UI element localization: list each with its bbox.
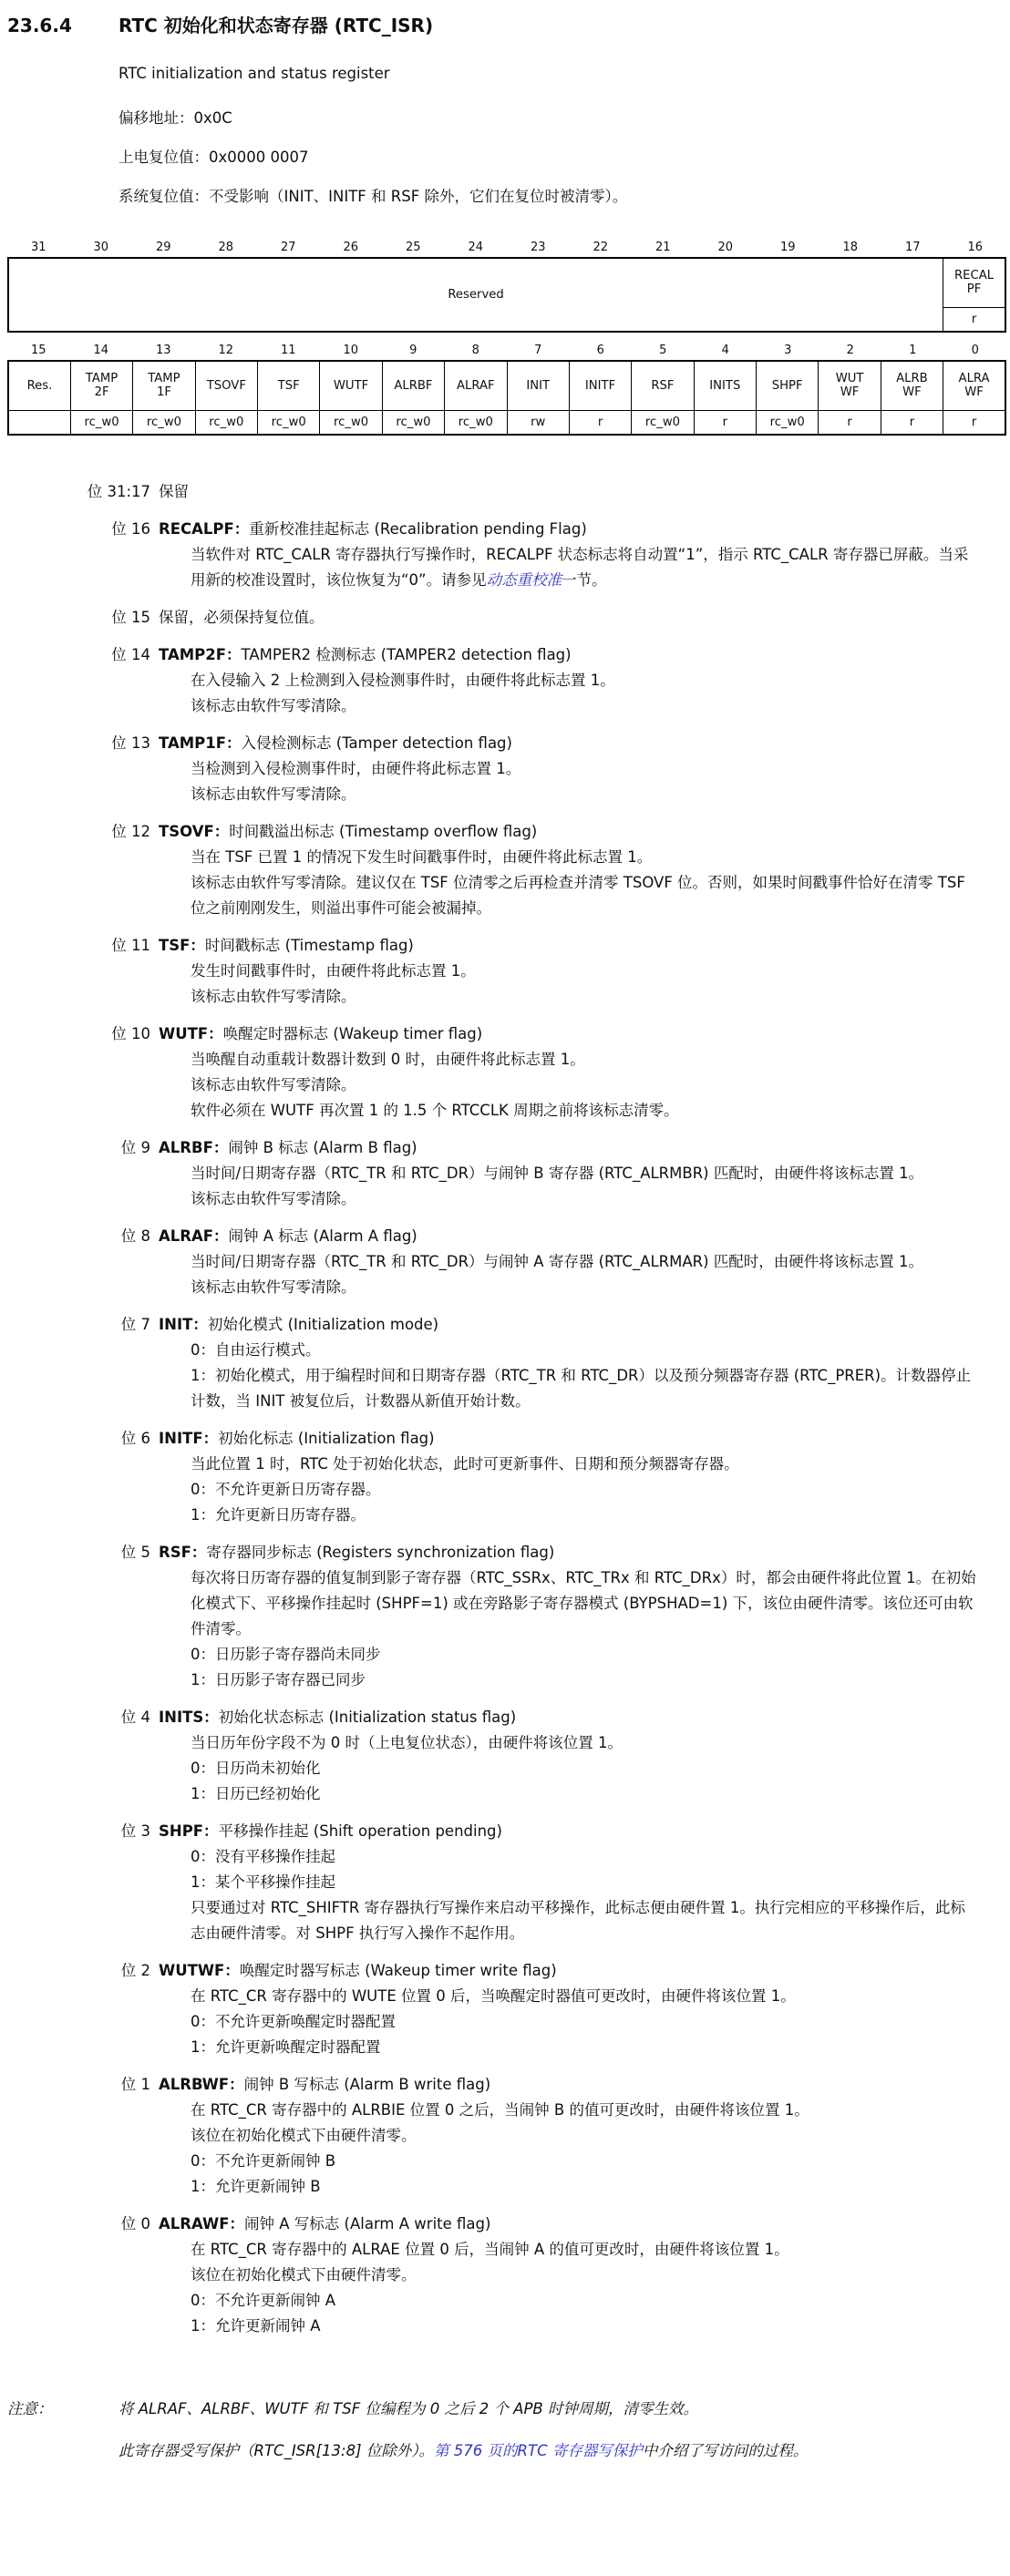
bit-title-text: 初始化模式 (Initialization mode) <box>208 1316 438 1333</box>
text-segment: 此寄存器受写保护（RTC_ISR[13:8] 位除外）。 <box>119 2442 434 2459</box>
text-segment: 该标志由软件写零清除。 <box>191 1278 356 1296</box>
text-segment: 当此位置 1 时，RTC 处于初始化状态，此时可更新事件、日期和预分频器寄存器。 <box>191 1455 739 1473</box>
bit-field-name: ALRAWF： <box>159 2215 244 2232</box>
page-container: 23.6.4 RTC 初始化和状态寄存器 (RTC_ISR) RTC initi… <box>0 0 1010 2507</box>
bit-number: 29 <box>132 241 195 254</box>
bit-paragraph: 当唤醒自动重载计数器计数到 0 时，由硬件将此标志置 1。 <box>191 1047 976 1072</box>
bit-paragraph: 0：不允许更新闹钟 B <box>191 2149 976 2174</box>
bit-description-content: TSF：时间戳标志 (Timestamp flag)发生时间戳事件时，由硬件将此… <box>159 933 984 1010</box>
bit-range-label: 位 8 <box>7 1224 159 1300</box>
field-name: INITS <box>694 361 756 410</box>
field-name: ALRAF <box>445 361 507 410</box>
bit-description-content: INIT：初始化模式 (Initialization mode)0：自由运行模式… <box>159 1312 984 1414</box>
bit-number: 9 <box>382 344 445 357</box>
bit-description: 位 1ALRBWF：闹钟 B 写标志 (Alarm B write flag)在… <box>7 2072 1005 2200</box>
bit-description: 位 4INITS：初始化状态标志 (Initialization status … <box>7 1705 1005 1807</box>
bit-title-text: 闹钟 B 写标志 (Alarm B write flag) <box>244 2076 491 2093</box>
note-paragraph: 此寄存器受写保护（RTC_ISR[13:8] 位除外）。第 576 页的RTC … <box>119 2437 975 2464</box>
bit-description: 位 0ALRAWF：闹钟 A 写标志 (Alarm A write flag)在… <box>7 2212 1005 2339</box>
bit-title-line: ALRBWF：闹钟 B 写标志 (Alarm B write flag) <box>159 2072 984 2098</box>
low-register-table: Res.TAMP 2FTAMP 1FTSOVFTSFWUTFALRBFALRAF… <box>7 360 1006 436</box>
bit-description-content: TAMP1F：入侵检测标志 (Tamper detection flag)当检测… <box>159 731 984 807</box>
bit-description: 位 3SHPF：平移操作挂起 (Shift operation pending)… <box>7 1819 1005 1946</box>
bit-paragraph: 0：日历尚未初始化 <box>191 1756 976 1781</box>
bit-field-name: ALRAF： <box>159 1227 229 1245</box>
bit-paragraph: 1：允许更新闹钟 A <box>191 2314 976 2339</box>
bit-paragraph: 1：初始化模式，用于编程时间和日期寄存器（RTC_TR 和 RTC_DR）以及预… <box>191 1363 976 1414</box>
text-segment: 0：不允许更新唤醒定时器配置 <box>191 2013 396 2030</box>
bit-number: 30 <box>70 241 133 254</box>
bit-number: 2 <box>819 344 882 357</box>
bit-description-content: ALRBF：闹钟 B 标志 (Alarm B flag)当时间/日期寄存器（RT… <box>159 1135 984 1212</box>
bit-paragraph: 0：不允许更新唤醒定时器配置 <box>191 2009 976 2035</box>
bit-range-label: 位 0 <box>7 2212 159 2339</box>
bit-title-line: 保留，必须保持复位值。 <box>159 605 984 631</box>
bit-description-content: TAMP2F：TAMPER2 检测标志 (TAMPER2 detection f… <box>159 642 984 719</box>
bit-field-name: RSF： <box>159 1544 206 1561</box>
field-access: rc_w0 <box>320 410 382 435</box>
bit-field-name: INITF： <box>159 1430 218 1447</box>
bit-description-content: INITF：初始化标志 (Initialization flag)当此位置 1 … <box>159 1426 984 1528</box>
section-number: 23.6.4 <box>7 15 119 36</box>
bit-range-label: 位 1 <box>7 2072 159 2200</box>
bit-range-label: 位 11 <box>7 933 159 1010</box>
bit-title-line: RECALPF：重新校准挂起标志 (Recalibration pending … <box>159 517 984 542</box>
field-name: RSF <box>632 361 694 410</box>
bit-number: 1 <box>881 344 944 357</box>
bit-number: 13 <box>132 344 195 357</box>
bit-title-line: INITS：初始化状态标志 (Initialization status fla… <box>159 1705 984 1730</box>
text-segment: 1：日历已经初始化 <box>191 1785 321 1802</box>
system-reset-label: 系统复位值： <box>119 188 209 205</box>
bit-description-content: WUTWF：唤醒定时器写标志 (Wakeup timer write flag)… <box>159 1958 984 2060</box>
text-segment: 1：允许更新日历寄存器。 <box>191 1506 366 1524</box>
text-segment: 当在 TSF 已置 1 的情况下发生时间戳事件时，由硬件将此标志置 1。 <box>191 848 652 866</box>
power-on-reset-line: 上电复位值：0x0000 0007 <box>119 145 1005 167</box>
bit-description-content: RECALPF：重新校准挂起标志 (Recalibration pending … <box>159 517 984 593</box>
text-segment: 当日历年份字段不为 0 时（上电复位状态），由硬件将该位置 1。 <box>191 1734 623 1751</box>
bit-paragraph: 该标志由软件写零清除。 <box>191 1072 976 1098</box>
text-segment: 0：日历尚未初始化 <box>191 1760 321 1777</box>
bit-paragraph: 1：允许更新日历寄存器。 <box>191 1503 976 1528</box>
bit-description-content: WUTF：唤醒定时器标志 (Wakeup timer flag)当唤醒自动重载计… <box>159 1021 984 1124</box>
bit-paragraph: 该标志由软件写零清除。 <box>191 693 976 719</box>
cross-reference-link[interactable]: 第 576 页的RTC 寄存器写保护 <box>434 2442 643 2459</box>
offset-address-value: 0x0C <box>194 109 232 127</box>
text-segment: 软件必须在 WUTF 再次置 1 的 1.5 个 RTCCLK 周期之前将该标志… <box>191 1102 679 1119</box>
bit-title-text: 时间戳溢出标志 (Timestamp overflow flag) <box>229 823 537 840</box>
field-access: r <box>694 410 756 435</box>
bit-description: 位 8ALRAF：闹钟 A 标志 (Alarm A flag)当时间/日期寄存器… <box>7 1224 1005 1300</box>
text-segment: 0：不允许更新闹钟 B <box>191 2152 335 2170</box>
bit-description: 位 6INITF：初始化标志 (Initialization flag)当此位置… <box>7 1426 1005 1528</box>
bit-description-content: ALRAF：闹钟 A 标志 (Alarm A flag)当时间/日期寄存器（RT… <box>159 1224 984 1300</box>
bit-field-name: TAMP1F： <box>159 734 242 752</box>
field-access: rc_w0 <box>70 410 132 435</box>
bit-number: 20 <box>695 241 757 254</box>
bit-paragraph: 该位在初始化模式下由硬件清零。 <box>191 2263 976 2288</box>
bit-paragraph: 0：没有平移操作挂起 <box>191 1844 976 1870</box>
bit-description-content: ALRAWF：闹钟 A 写标志 (Alarm A write flag)在 RT… <box>159 2212 984 2339</box>
note-body: 将 ALRAF、ALRBF、WUTF 和 TSF 位编程为 0 之后 2 个 A… <box>119 2396 975 2479</box>
bit-title-text: TAMPER2 检测标志 (TAMPER2 detection flag) <box>242 646 572 663</box>
text-segment: 在 RTC_CR 寄存器中的 WUTE 位置 0 后，当唤醒定时器值可更改时，由… <box>191 1987 796 2005</box>
bit-paragraph: 发生时间戳事件时，由硬件将此标志置 1。 <box>191 959 976 984</box>
bit-paragraph: 在 RTC_CR 寄存器中的 ALRAE 位置 0 后，当闹钟 A 的值可更改时… <box>191 2237 976 2263</box>
bit-description: 位 2WUTWF：唤醒定时器写标志 (Wakeup timer write fl… <box>7 1958 1005 2060</box>
page-title: RTC 初始化和状态寄存器 (RTC_ISR) <box>119 11 433 37</box>
field-access: rc_w0 <box>133 410 195 435</box>
register-bit-tables: 31302928272625242322212019181716 Reserve… <box>7 241 1005 436</box>
bit-paragraph: 该标志由软件写零清除。 <box>191 1186 976 1212</box>
text-segment: 中介绍了写访问的过程。 <box>643 2442 809 2459</box>
text-segment: 在入侵输入 2 上检测到入侵检测事件时，由硬件将此标志置 1。 <box>191 672 615 689</box>
bit-description: 位 9ALRBF：闹钟 B 标志 (Alarm B flag)当时间/日期寄存器… <box>7 1135 1005 1212</box>
bit-title-text: 唤醒定时器写标志 (Wakeup timer write flag) <box>240 1962 557 1979</box>
bit-paragraph: 0：不允许更新日历寄存器。 <box>191 1477 976 1503</box>
text-segment: 该标志由软件写零清除。 <box>191 1076 356 1093</box>
bit-title-line: TAMP1F：入侵检测标志 (Tamper detection flag) <box>159 731 984 756</box>
bit-description: 位 15保留，必须保持复位值。 <box>7 605 1005 631</box>
bit-paragraph: 该标志由软件写零清除。 <box>191 984 976 1010</box>
bit-title-line: WUTF：唤醒定时器标志 (Wakeup timer flag) <box>159 1021 984 1047</box>
bit-title-line: INITF：初始化标志 (Initialization flag) <box>159 1426 984 1452</box>
bit-range-label: 位 15 <box>7 605 159 631</box>
bit-number: 7 <box>507 344 570 357</box>
field-name: SHPF <box>757 361 819 410</box>
bit-description-content: SHPF：平移操作挂起 (Shift operation pending)0：没… <box>159 1819 984 1946</box>
bit-title-line: INIT：初始化模式 (Initialization mode) <box>159 1312 984 1338</box>
bit-title-text: 闹钟 B 标志 (Alarm B flag) <box>228 1139 417 1156</box>
bit-number: 11 <box>257 344 320 357</box>
bit-paragraph: 该标志由软件写零清除。建议仅在 TSF 位清零之后再检查并清零 TSOVF 位。… <box>191 870 976 921</box>
field-access <box>8 410 70 435</box>
bit-range-label: 位 5 <box>7 1540 159 1693</box>
field-name: TAMP 1F <box>133 361 195 410</box>
bit-number: 24 <box>445 241 508 254</box>
text-segment: 发生时间戳事件时，由硬件将此标志置 1。 <box>191 962 476 980</box>
bit-paragraph: 该标志由软件写零清除。 <box>191 1275 976 1300</box>
bit-field-name: ALRBF： <box>159 1139 228 1156</box>
text-segment: 每次将日历寄存器的值复制到影子寄存器（RTC_SSRx、RTC_TRx 和 RT… <box>191 1569 976 1637</box>
bit-field-name: INIT： <box>159 1316 208 1333</box>
bit-description-content: 保留 <box>159 479 984 505</box>
field-name: TAMP 2F <box>70 361 132 410</box>
text-segment: 该标志由软件写零清除。 <box>191 1190 356 1207</box>
bit-number: 27 <box>257 241 320 254</box>
bit-title-line: SHPF：平移操作挂起 (Shift operation pending) <box>159 1819 984 1844</box>
text-segment: 将 ALRAF、ALRBF、WUTF 和 TSF 位编程为 0 之后 2 个 A… <box>119 2400 698 2417</box>
bit-description: 位 10WUTF：唤醒定时器标志 (Wakeup timer flag)当唤醒自… <box>7 1021 1005 1124</box>
bit-title-line: ALRAF：闹钟 A 标志 (Alarm A flag) <box>159 1224 984 1249</box>
bit-paragraph: 0：不允许更新闹钟 A <box>191 2288 976 2314</box>
bit-paragraph: 在 RTC_CR 寄存器中的 ALRBIE 位置 0 之后，当闹钟 B 的值可更… <box>191 2098 976 2123</box>
bit-title-line: TAMP2F：TAMPER2 检测标志 (TAMPER2 detection f… <box>159 642 984 668</box>
field-name: TSF <box>258 361 320 410</box>
text-segment: 1：允许更新闹钟 B <box>191 2178 321 2195</box>
field-name: WUT WF <box>819 361 881 410</box>
bit-number: 3 <box>757 344 819 357</box>
bit-range-label: 位 6 <box>7 1426 159 1528</box>
cross-reference-link[interactable]: 动态重校准 <box>487 571 562 589</box>
bit-range-label: 位 31:17 <box>7 479 159 505</box>
bit-title-text: 平移操作挂起 (Shift operation pending) <box>219 1822 502 1840</box>
text-segment: 在 RTC_CR 寄存器中的 ALRBIE 位置 0 之后，当闹钟 B 的值可更… <box>191 2101 809 2119</box>
bit-field-name: RECALPF： <box>159 520 249 538</box>
bit-range-label: 位 16 <box>7 517 159 593</box>
bit-description: 位 13TAMP1F：入侵检测标志 (Tamper detection flag… <box>7 731 1005 807</box>
field-access: r <box>881 410 943 435</box>
low-bit-numbers: 1514131211109876543210 <box>7 344 1006 357</box>
field-access: rc_w0 <box>258 410 320 435</box>
text-segment: 该标志由软件写零清除。建议仅在 TSF 位清零之后再检查并清零 TSOVF 位。… <box>191 874 965 917</box>
bit-number: 26 <box>320 241 383 254</box>
bit-field-name: SHPF： <box>159 1822 219 1840</box>
bit-paragraph: 当检测到入侵检测事件时，由硬件将此标志置 1。 <box>191 756 976 782</box>
bit-number: 19 <box>757 241 819 254</box>
bit-number: 15 <box>7 344 70 357</box>
field-access: r <box>569 410 631 435</box>
bit-number: 12 <box>195 344 258 357</box>
bit-range-label: 位 2 <box>7 1958 159 2060</box>
bit-number: 18 <box>819 241 882 254</box>
field-access: rc_w0 <box>757 410 819 435</box>
bit-title-text: 保留，必须保持复位值。 <box>159 609 325 626</box>
bit-description: 位 14TAMP2F：TAMPER2 检测标志 (TAMPER2 detecti… <box>7 642 1005 719</box>
text-segment: 一节。 <box>562 571 607 589</box>
bit-paragraph: 只要通过对 RTC_SHIFTR 寄存器执行写操作来启动平移操作，此标志便由硬件… <box>191 1895 976 1946</box>
field-name: ALRA WF <box>943 361 1005 410</box>
bit-paragraph: 0：自由运行模式。 <box>191 1338 976 1363</box>
bit-range-label: 位 10 <box>7 1021 159 1124</box>
text-segment: 1：初始化模式，用于编程时间和日期寄存器（RTC_TR 和 RTC_DR）以及预… <box>191 1367 971 1410</box>
text-segment: 0：自由运行模式。 <box>191 1341 321 1359</box>
field-access: rc_w0 <box>382 410 444 435</box>
bit-number: 31 <box>7 241 70 254</box>
power-on-reset-value: 0x0000 0007 <box>209 149 309 166</box>
text-segment: 0：没有平移操作挂起 <box>191 1848 335 1865</box>
reserved-field: Reserved <box>8 258 943 332</box>
bit-description-content: 保留，必须保持复位值。 <box>159 605 984 631</box>
bit-field-name: TSOVF： <box>159 823 229 840</box>
text-segment: 0：不允许更新日历寄存器。 <box>191 1481 381 1498</box>
bit-number: 25 <box>382 241 445 254</box>
text-segment: 该标志由软件写零清除。 <box>191 785 356 803</box>
offset-address-line: 偏移地址：0x0C <box>119 106 1005 128</box>
bit-number: 14 <box>70 344 133 357</box>
bit-field-name: WUTF： <box>159 1025 223 1042</box>
register-subtitle: RTC initialization and status register <box>119 65 1005 82</box>
text-segment: 0：不允许更新闹钟 A <box>191 2292 335 2309</box>
bit-title-line: TSOVF：时间戳溢出标志 (Timestamp overflow flag) <box>159 819 984 845</box>
bit-number: 4 <box>695 344 757 357</box>
text-segment: 该标志由软件写零清除。 <box>191 697 356 714</box>
bit-range-label: 位 14 <box>7 642 159 719</box>
text-segment: 0：日历影子寄存器尚未同步 <box>191 1646 381 1663</box>
bit-paragraph: 0：日历影子寄存器尚未同步 <box>191 1642 976 1668</box>
bit-paragraph: 当此位置 1 时，RTC 处于初始化状态，此时可更新事件、日期和预分频器寄存器。 <box>191 1452 976 1477</box>
bit-paragraph: 该标志由软件写零清除。 <box>191 782 976 807</box>
bit-description-list: 位 31:17保留位 16RECALPF：重新校准挂起标志 (Recalibra… <box>7 479 1005 2339</box>
bit-number: 16 <box>944 241 1007 254</box>
bit-number: 28 <box>195 241 258 254</box>
bit-paragraph: 1：允许更新闹钟 B <box>191 2174 976 2200</box>
text-segment: 当唤醒自动重载计数器计数到 0 时，由硬件将此标志置 1。 <box>191 1051 585 1068</box>
note-label: 注意： <box>7 2396 119 2479</box>
bit-field-name: TAMP2F： <box>159 646 242 663</box>
bit-title-line: WUTWF：唤醒定时器写标志 (Wakeup timer write flag) <box>159 1958 984 1984</box>
bit-title-text: 唤醒定时器标志 (Wakeup timer flag) <box>223 1025 483 1042</box>
high-bit-numbers: 31302928272625242322212019181716 <box>7 241 1006 254</box>
bit-range-label: 位 9 <box>7 1135 159 1212</box>
bit-number: 0 <box>944 344 1007 357</box>
bit-title-text: 时间戳标志 (Timestamp flag) <box>205 937 414 954</box>
field-name: INITF <box>569 361 631 410</box>
bit-title-line: RSF：寄存器同步标志 (Registers synchronization f… <box>159 1540 984 1565</box>
bit-title-text: 初始化标志 (Initialization flag) <box>218 1430 434 1447</box>
note-section: 注意： 将 ALRAF、ALRBF、WUTF 和 TSF 位编程为 0 之后 2… <box>7 2396 1005 2479</box>
bit-paragraph: 当时间/日期寄存器（RTC_TR 和 RTC_DR）与闹钟 A 寄存器 (RTC… <box>191 1249 976 1275</box>
bit-description-content: TSOVF：时间戳溢出标志 (Timestamp overflow flag)当… <box>159 819 984 921</box>
bit-paragraph: 软件必须在 WUTF 再次置 1 的 1.5 个 RTCCLK 周期之前将该标志… <box>191 1098 976 1124</box>
bit-range-label: 位 3 <box>7 1819 159 1946</box>
bit-paragraph: 1：日历已经初始化 <box>191 1781 976 1807</box>
bit-description: 位 16RECALPF：重新校准挂起标志 (Recalibration pend… <box>7 517 1005 593</box>
bit-paragraph: 当时间/日期寄存器（RTC_TR 和 RTC_DR）与闹钟 B 寄存器 (RTC… <box>191 1161 976 1186</box>
text-segment: 在 RTC_CR 寄存器中的 ALRAE 位置 0 后，当闹钟 A 的值可更改时… <box>191 2241 789 2258</box>
field-access: r <box>943 410 1005 435</box>
text-segment: 只要通过对 RTC_SHIFTR 寄存器执行写操作来启动平移操作，此标志便由硬件… <box>191 1899 965 1942</box>
bit-number: 5 <box>632 344 695 357</box>
bit-range-label: 位 12 <box>7 819 159 921</box>
bit-paragraph: 当软件对 RTC_CALR 寄存器执行写操作时，RECALPF 状态标志将自动置… <box>191 542 976 593</box>
bit-range-label: 位 7 <box>7 1312 159 1414</box>
text-segment: 1：允许更新唤醒定时器配置 <box>191 2038 381 2056</box>
bit-field-name: ALRBWF： <box>159 2076 244 2093</box>
bit-paragraph: 当在 TSF 已置 1 的情况下发生时间戳事件时，由硬件将此标志置 1。 <box>191 845 976 870</box>
bit-paragraph: 每次将日历寄存器的值复制到影子寄存器（RTC_SSRx、RTC_TRx 和 RT… <box>191 1565 976 1642</box>
text-segment: 该标志由软件写零清除。 <box>191 988 356 1005</box>
bit-title-text: 重新校准挂起标志 (Recalibration pending Flag) <box>249 520 587 538</box>
note-paragraph: 将 ALRAF、ALRBF、WUTF 和 TSF 位编程为 0 之后 2 个 A… <box>119 2396 975 2422</box>
bit-range-label: 位 4 <box>7 1705 159 1807</box>
bit-description-content: INITS：初始化状态标志 (Initialization status fla… <box>159 1705 984 1807</box>
bit-description: 位 11TSF：时间戳标志 (Timestamp flag)发生时间戳事件时，由… <box>7 933 1005 1010</box>
bit-description: 位 7INIT：初始化模式 (Initialization mode)0：自由运… <box>7 1312 1005 1414</box>
bit-title-line: TSF：时间戳标志 (Timestamp flag) <box>159 933 984 959</box>
field-access: rc_w0 <box>632 410 694 435</box>
field-access: rc_w0 <box>445 410 507 435</box>
document-page: { "page": { "section_number": "23.6.4", … <box>0 0 1010 2576</box>
bit-description-content: ALRBWF：闹钟 B 写标志 (Alarm B write flag)在 RT… <box>159 2072 984 2200</box>
field-access: r <box>819 410 881 435</box>
bit-paragraph: 该位在初始化模式下由硬件清零。 <box>191 2123 976 2149</box>
field-name: ALRBF <box>382 361 444 410</box>
field-name: INIT <box>507 361 569 410</box>
bit-title-text: 闹钟 A 标志 (Alarm A flag) <box>229 1227 417 1245</box>
field-name: TSOVF <box>195 361 257 410</box>
bit-range-label: 位 13 <box>7 731 159 807</box>
field-access: r <box>943 307 1005 332</box>
text-segment: 该位在初始化模式下由硬件清零。 <box>191 2127 417 2144</box>
bit-number: 6 <box>570 344 633 357</box>
bit-paragraph: 当日历年份字段不为 0 时（上电复位状态），由硬件将该位置 1。 <box>191 1730 976 1756</box>
bit-description: 位 12TSOVF：时间戳溢出标志 (Timestamp overflow fl… <box>7 819 1005 921</box>
bit-paragraph: 在入侵输入 2 上检测到入侵检测事件时，由硬件将此标志置 1。 <box>191 668 976 693</box>
section-heading: 23.6.4 RTC 初始化和状态寄存器 (RTC_ISR) <box>7 11 1005 37</box>
bit-number: 10 <box>320 344 383 357</box>
field-access: rw <box>507 410 569 435</box>
bit-number: 22 <box>570 241 633 254</box>
system-reset-value: 不受影响（INIT、INITF 和 RSF 除外，它们在复位时被清零）。 <box>209 188 627 205</box>
bit-field-name: WUTWF： <box>159 1962 240 1979</box>
field-name: RECAL PF <box>943 258 1005 307</box>
bit-title-text: 入侵检测标志 (Tamper detection flag) <box>242 734 512 752</box>
bit-number: 8 <box>445 344 508 357</box>
text-segment: 当时间/日期寄存器（RTC_TR 和 RTC_DR）与闹钟 A 寄存器 (RTC… <box>191 1253 923 1270</box>
field-name: Res. <box>8 361 70 410</box>
bit-title-line: ALRBF：闹钟 B 标志 (Alarm B flag) <box>159 1135 984 1161</box>
text-segment: 该位在初始化模式下由硬件清零。 <box>191 2266 417 2284</box>
field-name: ALRB WF <box>881 361 943 410</box>
offset-address-label: 偏移地址： <box>119 109 194 127</box>
power-on-reset-label: 上电复位值： <box>119 149 209 166</box>
bit-number: 17 <box>881 241 944 254</box>
system-reset-line: 系统复位值：不受影响（INIT、INITF 和 RSF 除外，它们在复位时被清零… <box>119 184 1005 206</box>
bit-field-name: TSF： <box>159 937 205 954</box>
bit-paragraph: 1：某个平移操作挂起 <box>191 1870 976 1895</box>
bit-title-line: 保留 <box>159 479 984 505</box>
field-access: rc_w0 <box>195 410 257 435</box>
bit-paragraph: 1：允许更新唤醒定时器配置 <box>191 2035 976 2060</box>
bit-description-content: RSF：寄存器同步标志 (Registers synchronization f… <box>159 1540 984 1693</box>
bit-number: 23 <box>507 241 570 254</box>
bit-title-line: ALRAWF：闹钟 A 写标志 (Alarm A write flag) <box>159 2212 984 2237</box>
bit-title-text: 保留 <box>159 483 189 500</box>
text-segment: 1：日历影子寄存器已同步 <box>191 1671 366 1688</box>
field-name: WUTF <box>320 361 382 410</box>
bit-description: 位 31:17保留 <box>7 479 1005 505</box>
text-segment: 1：某个平移操作挂起 <box>191 1873 335 1891</box>
text-segment: 当时间/日期寄存器（RTC_TR 和 RTC_DR）与闹钟 B 寄存器 (RTC… <box>191 1165 923 1182</box>
text-segment: 1：允许更新闹钟 A <box>191 2317 321 2335</box>
bit-title-text: 寄存器同步标志 (Registers synchronization flag) <box>206 1544 554 1561</box>
high-register-table: ReservedRECAL PFr <box>7 257 1006 333</box>
text-segment: 当检测到入侵检测事件时，由硬件将此标志置 1。 <box>191 760 520 777</box>
bit-paragraph: 在 RTC_CR 寄存器中的 WUTE 位置 0 后，当唤醒定时器值可更改时，由… <box>191 1984 976 2009</box>
bit-number: 21 <box>632 241 695 254</box>
bit-title-text: 初始化状态标志 (Initialization status flag) <box>219 1709 516 1726</box>
bit-field-name: INITS： <box>159 1709 219 1726</box>
bit-title-text: 闹钟 A 写标志 (Alarm A write flag) <box>244 2215 490 2232</box>
bit-paragraph: 1：日历影子寄存器已同步 <box>191 1668 976 1693</box>
bit-description: 位 5RSF：寄存器同步标志 (Registers synchronizatio… <box>7 1540 1005 1693</box>
